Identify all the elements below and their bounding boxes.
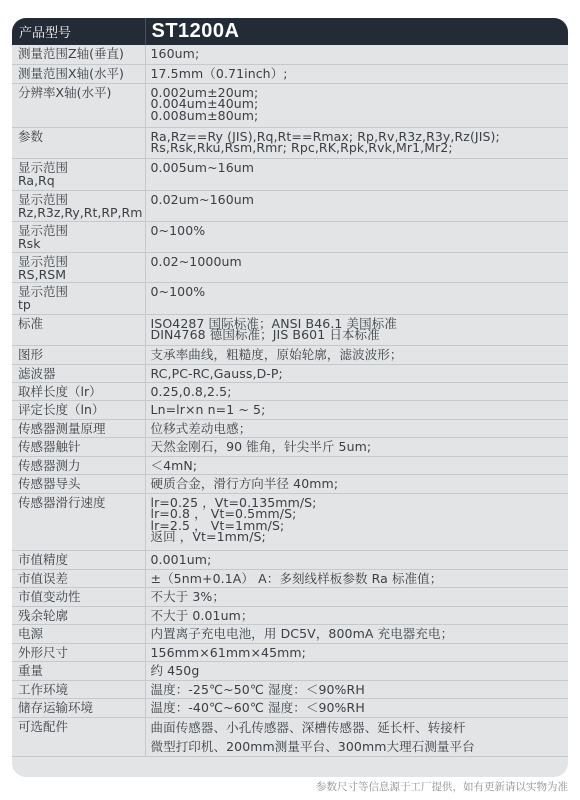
spec-label-subtext: tp bbox=[18, 299, 145, 311]
spec-value-line: 0.02~1000um bbox=[151, 255, 569, 269]
spec-value-line: 0~100% bbox=[151, 285, 569, 299]
spec-label: 传感器导头 bbox=[12, 474, 145, 493]
spec-value-line: 约 450g bbox=[151, 664, 569, 678]
spec-label-text: 测量范围X轴(水平) bbox=[18, 67, 145, 81]
spec-value-line: 微型打印机、200mm测量平台、300mm大理石测量平台 bbox=[151, 737, 569, 756]
spec-value: 160um; bbox=[145, 45, 568, 64]
spec-value: 温度：-25℃~50℃ 湿度：＜90%RH bbox=[145, 680, 568, 698]
spec-label-text: 市值精度 bbox=[18, 553, 145, 567]
spec-label-text: 传感器测量原理 bbox=[18, 422, 145, 436]
table-row: 显示范围Ra,Rq0.005um~16um bbox=[12, 158, 568, 190]
spec-label-text: 市值变动性 bbox=[18, 590, 145, 604]
spec-value-line: 温度：-25℃~50℃ 湿度：＜90%RH bbox=[151, 683, 569, 697]
spec-label: 市值变动性 bbox=[12, 587, 145, 606]
table-row: 可选配件曲面传感器、小孔传感器、深槽传感器、延长杆、转接杆微型打印机、200mm… bbox=[12, 717, 568, 756]
spec-label-text: 传感器触针 bbox=[18, 440, 145, 454]
model-name: ST1200A bbox=[145, 18, 568, 45]
spec-value: 0~100% bbox=[145, 282, 568, 314]
table-row: 测量范围Z轴(垂直)160um; bbox=[12, 45, 568, 64]
spec-value: 0.001um; bbox=[145, 550, 568, 569]
spec-label-text: 残余轮廓 bbox=[18, 609, 145, 623]
spec-value: 不大于 0.01um； bbox=[145, 606, 568, 624]
spec-value: 支承率曲线，粗糙度，原始轮廓，滤波波形； bbox=[145, 345, 568, 364]
spec-label-text: 分辨率X轴(水平) bbox=[18, 86, 145, 100]
spec-value: ISO4287 国际标准；ANSI B46.1 美国标准DIN4768 德国标准… bbox=[145, 314, 568, 345]
spec-label: 测量范围X轴(水平) bbox=[12, 64, 145, 83]
table-row: 参数Ra,Rz==Ry (JIS),Rq,Rt==Rmax; Rp,Rv,R3z… bbox=[12, 127, 568, 158]
spec-label-text: 外形尺寸 bbox=[18, 646, 145, 660]
spec-value-line: 天然金刚石，90 锥角，针尖半斤 5um; bbox=[151, 440, 569, 454]
spec-value: 0~100% bbox=[145, 221, 568, 252]
spec-label: 市值精度 bbox=[12, 550, 145, 569]
spec-value-line: DIN4768 德国标准；JIS B601 日本标准 bbox=[151, 329, 569, 341]
spec-value-line: 17.5mm（0.71inch）; bbox=[151, 67, 569, 81]
table-row: 传感器滑行速度lr=0.25 ，Vt=0.135mm/S;lr=0.8 ， Vt… bbox=[12, 493, 568, 550]
spec-value-line: 不大于 3%； bbox=[151, 590, 569, 604]
table-row: 取样长度（lr）0.25,0.8,2.5; bbox=[12, 382, 568, 400]
spec-label-subtext: Rz,R3z,Ry,Rt,RP,Rm bbox=[18, 207, 145, 219]
table-row: 传感器测量原理位移式差动电感； bbox=[12, 419, 568, 437]
spec-label: 测量范围Z轴(垂直) bbox=[12, 45, 145, 64]
spec-value-line: 内置离子充电电池，用 DC5V，800mA 充电器充电； bbox=[151, 627, 569, 641]
table-row: 残余轮廓不大于 0.01um； bbox=[12, 606, 568, 624]
spec-value: 内置离子充电电池，用 DC5V，800mA 充电器充电； bbox=[145, 624, 568, 643]
padding-cell bbox=[145, 756, 568, 757]
spec-label: 传感器测力 bbox=[12, 456, 145, 474]
spec-label: 储存运输环境 bbox=[12, 698, 145, 717]
table-row: 电源内置离子充电电池，用 DC5V，800mA 充电器充电； bbox=[12, 624, 568, 643]
spec-value-line: 0.005um~16um bbox=[151, 161, 569, 175]
spec-label: 显示范围RS,RSM bbox=[12, 252, 145, 282]
table-row: 传感器触针天然金刚石，90 锥角，针尖半斤 5um; bbox=[12, 437, 568, 456]
spec-value: RC,PC-RC,Gauss,D-P; bbox=[145, 364, 568, 382]
spec-label-text: 标准 bbox=[18, 317, 145, 331]
spec-value: ＜4mN; bbox=[145, 456, 568, 474]
spec-label-text: 储存运输环境 bbox=[18, 701, 145, 715]
spec-value-line: 温度：-40℃~60℃ 湿度：＜90%RH bbox=[151, 701, 569, 715]
spec-label-text: 评定长度（ln） bbox=[18, 403, 145, 417]
spec-table: 产品型号 ST1200A 测量范围Z轴(垂直)160um;测量范围X轴(水平)1… bbox=[12, 18, 568, 757]
spec-label: 残余轮廓 bbox=[12, 606, 145, 624]
spec-value-line: 返回 ，Vt=1mm/S; bbox=[151, 531, 569, 543]
spec-label-subtext: RS,RSM bbox=[18, 269, 145, 281]
footnote: 参数尺寸等信息源于工厂提供，如有更新请以实物为准 bbox=[316, 779, 568, 794]
spec-value: 0.02~1000um bbox=[145, 252, 568, 282]
spec-value: Ln=lr×n n=1 ~ 5; bbox=[145, 400, 568, 419]
table-header-row: 产品型号 ST1200A bbox=[12, 18, 568, 45]
spec-value: 0.005um~16um bbox=[145, 158, 568, 190]
spec-label: 工作环境 bbox=[12, 680, 145, 698]
spec-label: 显示范围Rz,R3z,Ry,Rt,RP,Rm bbox=[12, 190, 145, 221]
spec-label: 显示范围Rsk bbox=[12, 221, 145, 252]
table-row: 显示范围Rz,R3z,Ry,Rt,RP,Rm0.02um~160um bbox=[12, 190, 568, 221]
spec-label: 外形尺寸 bbox=[12, 643, 145, 661]
spec-label: 图形 bbox=[12, 345, 145, 364]
spec-value-line: 不大于 0.01um； bbox=[151, 609, 569, 623]
spec-label: 参数 bbox=[12, 127, 145, 158]
spec-value: 天然金刚石，90 锥角，针尖半斤 5um; bbox=[145, 437, 568, 456]
table-row: 滤波器RC,PC-RC,Gauss,D-P; bbox=[12, 364, 568, 382]
table-row: 分辨率X轴(水平)0.002um±20um;0.004um±40um;0.008… bbox=[12, 83, 568, 127]
spec-label-text: 参数 bbox=[18, 130, 145, 144]
table-row: 评定长度（ln）Ln=lr×n n=1 ~ 5; bbox=[12, 400, 568, 419]
spec-label-text: 显示范围 bbox=[18, 285, 145, 299]
spec-label-text: 传感器滑行速度 bbox=[18, 496, 145, 510]
spec-label: 传感器触针 bbox=[12, 437, 145, 456]
table-row: 显示范围RS,RSM0.02~1000um bbox=[12, 252, 568, 282]
spec-value: lr=0.25 ，Vt=0.135mm/S;lr=0.8 ， Vt=0.5mm/… bbox=[145, 493, 568, 550]
spec-label-subtext: Ra,Rq bbox=[18, 175, 145, 187]
spec-value-line: Ln=lr×n n=1 ~ 5; bbox=[151, 403, 569, 417]
table-row: 市值变动性不大于 3%； bbox=[12, 587, 568, 606]
spec-label-text: 图形 bbox=[18, 348, 145, 362]
spec-value: 曲面传感器、小孔传感器、深槽传感器、延长杆、转接杆微型打印机、200mm测量平台… bbox=[145, 717, 568, 756]
spec-value: 位移式差动电感； bbox=[145, 419, 568, 437]
table-row: 储存运输环境温度：-40℃~60℃ 湿度：＜90%RH bbox=[12, 698, 568, 717]
table-row: 市值误差±（5nm+0.1A） A：多刻线样板参数 Ra 标准值； bbox=[12, 569, 568, 587]
table-row: 标准ISO4287 国际标准；ANSI B46.1 美国标准DIN4768 德国… bbox=[12, 314, 568, 345]
table-row: 市值精度0.001um; bbox=[12, 550, 568, 569]
spec-label-subtext: Rsk bbox=[18, 238, 145, 250]
spec-table-card: 产品型号 ST1200A 测量范围Z轴(垂直)160um;测量范围X轴(水平)1… bbox=[12, 18, 568, 777]
spec-label-text: 传感器测力 bbox=[18, 459, 145, 473]
table-row: 图形支承率曲线，粗糙度，原始轮廓，滤波波形； bbox=[12, 345, 568, 364]
spec-value: 156mm×61mm×45mm; bbox=[145, 643, 568, 661]
spec-label-text: 可选配件 bbox=[18, 720, 145, 734]
spec-label-text: 电源 bbox=[18, 627, 145, 641]
spec-value: 0.25,0.8,2.5; bbox=[145, 382, 568, 400]
spec-label-text: 滤波器 bbox=[18, 367, 145, 381]
spec-label: 电源 bbox=[12, 624, 145, 643]
spec-value-line: 0.02um~160um bbox=[151, 193, 569, 207]
spec-value-line: 硬质合金，滑行方向半径 40mm; bbox=[151, 477, 569, 491]
spec-label: 市值误差 bbox=[12, 569, 145, 587]
table-row: 显示范围tp0~100% bbox=[12, 282, 568, 314]
spec-label: 传感器滑行速度 bbox=[12, 493, 145, 550]
spec-label-text: 测量范围Z轴(垂直) bbox=[18, 47, 145, 61]
spec-value: Ra,Rz==Ry (JIS),Rq,Rt==Rmax; Rp,Rv,R3z,R… bbox=[145, 127, 568, 158]
table-row: 传感器测力＜4mN; bbox=[12, 456, 568, 474]
spec-value: 17.5mm（0.71inch）; bbox=[145, 64, 568, 83]
table-row: 传感器导头硬质合金，滑行方向半径 40mm; bbox=[12, 474, 568, 493]
spec-value: 0.002um±20um;0.004um±40um;0.008um±80um; bbox=[145, 83, 568, 127]
spec-label-text: 工作环境 bbox=[18, 683, 145, 697]
spec-value: ±（5nm+0.1A） A：多刻线样板参数 Ra 标准值； bbox=[145, 569, 568, 587]
spec-label: 取样长度（lr） bbox=[12, 382, 145, 400]
spec-label: 滤波器 bbox=[12, 364, 145, 382]
table-row: 测量范围X轴(水平)17.5mm（0.71inch）; bbox=[12, 64, 568, 83]
spec-value-line: 0.008um±80um; bbox=[151, 110, 569, 122]
spec-value-line: Rs,Rsk,Rku,Rsm,Rmr; Rpc,RK,Rpk,Rvk,Mr1,M… bbox=[151, 142, 569, 154]
spec-value-line: RC,PC-RC,Gauss,D-P; bbox=[151, 367, 569, 381]
spec-label: 显示范围tp bbox=[12, 282, 145, 314]
spec-label-text: 市值误差 bbox=[18, 572, 145, 586]
spec-label-text: 取样长度（lr） bbox=[18, 385, 145, 399]
spec-table-body: 测量范围Z轴(垂直)160um;测量范围X轴(水平)17.5mm（0.71inc… bbox=[12, 45, 568, 757]
spec-value-line: 156mm×61mm×45mm; bbox=[151, 646, 569, 660]
table-row: 显示范围Rsk0~100% bbox=[12, 221, 568, 252]
table-row: 工作环境温度：-25℃~50℃ 湿度：＜90%RH bbox=[12, 680, 568, 698]
spec-value: 0.02um~160um bbox=[145, 190, 568, 221]
spec-value-line: 0.001um; bbox=[151, 553, 569, 567]
spec-label: 标准 bbox=[12, 314, 145, 345]
spec-value: 约 450g bbox=[145, 661, 568, 680]
spec-label-text: 重量 bbox=[18, 664, 145, 678]
spec-value-line: ±（5nm+0.1A） A：多刻线样板参数 Ra 标准值； bbox=[151, 572, 569, 586]
spec-label: 评定长度（ln） bbox=[12, 400, 145, 419]
spec-label-text: 传感器导头 bbox=[18, 477, 145, 491]
spec-value-line: 0~100% bbox=[151, 224, 569, 238]
spec-label: 可选配件 bbox=[12, 717, 145, 756]
header-label: 产品型号 bbox=[12, 18, 145, 45]
table-padding-row bbox=[12, 756, 568, 757]
spec-label: 显示范围Ra,Rq bbox=[12, 158, 145, 190]
spec-label: 重量 bbox=[12, 661, 145, 680]
spec-value-line: ＜4mN; bbox=[151, 459, 569, 473]
spec-value-line: 曲面传感器、小孔传感器、深槽传感器、延长杆、转接杆 bbox=[151, 718, 569, 737]
table-row: 重量约 450g bbox=[12, 661, 568, 680]
spec-label: 传感器测量原理 bbox=[12, 419, 145, 437]
spec-label: 分辨率X轴(水平) bbox=[12, 83, 145, 127]
spec-value-line: 支承率曲线，粗糙度，原始轮廓，滤波波形； bbox=[151, 348, 569, 362]
table-row: 外形尺寸156mm×61mm×45mm; bbox=[12, 643, 568, 661]
spec-value-line: 0.25,0.8,2.5; bbox=[151, 385, 569, 399]
spec-value: 硬质合金，滑行方向半径 40mm; bbox=[145, 474, 568, 493]
spec-value-line: 位移式差动电感； bbox=[151, 422, 569, 436]
spec-value-line: 160um; bbox=[151, 47, 569, 61]
spec-value: 温度：-40℃~60℃ 湿度：＜90%RH bbox=[145, 698, 568, 717]
spec-value: 不大于 3%； bbox=[145, 587, 568, 606]
padding-cell bbox=[12, 756, 145, 757]
